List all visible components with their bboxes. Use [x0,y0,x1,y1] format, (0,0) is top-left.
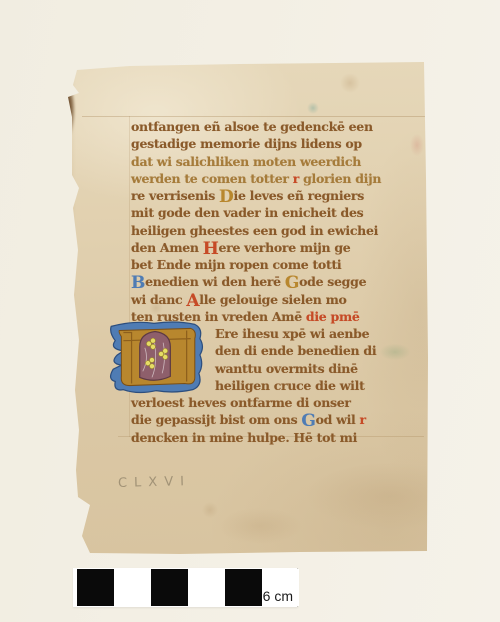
manuscript-text-line: den Amen Here verhore mijn ge [131,239,391,256]
manuscript-text-line: ontfangen eñ alsoe te gedenckē een [131,118,391,135]
manuscript-text-line: die gepassijt bist om ons God wil r [131,411,391,428]
text-segment: verloest heves ontfarme di onser [131,395,351,410]
text-segment: lle gelouige sielen mo [199,292,346,307]
text-segment: wi danc [131,292,186,307]
manuscript-text-line: gestadige memorie dijns lidens op [131,135,391,152]
text-segment: ere verhore mijn ge [219,240,351,255]
gutter-dark-blotch [57,84,75,140]
scale-square-white [188,569,225,606]
manuscript-text-line: wi danc Alle gelouige sielen mo [131,291,391,308]
manuscript-text-line: Ere ihesu xpē wi aenbe [215,325,391,342]
manuscript-text-line: den di ende benedien di [215,342,391,359]
text-segment: den Amen [131,240,203,255]
manuscript-leaf: ontfangen eñ alsoe te gedenckē eengestad… [60,58,430,556]
pencil-inscription: CLXVI [118,474,191,491]
text-segment: wanttu overmits dinē [215,361,358,376]
scale-square-black [225,569,262,606]
torn-gutter-edge [60,58,76,556]
text-segment: gestadige memorie dijns lidens op [131,136,362,151]
text-segment: den di ende benedien di [215,343,376,358]
text-segment: werden te comen totter [131,171,293,186]
text-segment: mit gode den vader in enicheit des [131,205,363,220]
text-segment: die pmē [306,309,360,324]
text-segment: die gepassijt bist om ons [131,412,301,427]
text-segment: heiligen cruce die wilt [215,378,365,393]
ruling-line-top [82,116,426,117]
text-segment: ode segge [299,274,366,289]
text-segment: enedien wi den herē [145,274,285,289]
manuscript-text-line: wanttu overmits dinē [215,360,391,377]
photo-backdrop: ontfangen eñ alsoe te gedenckē eengestad… [0,0,500,622]
manuscript-text-line: dencken in mine hulpe. Hē tot mi [131,429,391,446]
scale-square-black [77,569,114,606]
text-segment: heiligen gheestes een god in ewichei [131,223,378,238]
scale-square-black [151,569,188,606]
text-segment: dat wi salichliken moten weerdich [131,154,361,169]
text-segment: re verrisenis [131,188,219,203]
text-segment: Ere ihesu xpē wi aenbe [215,326,369,341]
manuscript-text-line: werden te comen totter r glorien dijn [131,170,391,187]
text-segment: ie leves eñ regniers [234,188,364,203]
text-segment: ontfangen eñ alsoe te gedenckē een [131,119,373,134]
manuscript-text-line: re verrisenis Die leves eñ regniers [131,187,391,204]
manuscript-text-line: heiligen cruce die wilt [215,377,391,394]
text-segment: bet Ende mijn ropen come totti [131,257,341,272]
text-segment: od wil [316,412,356,427]
manuscript-text-line: heiligen gheestes een god in ewichei [131,222,391,239]
gutter-speckles [61,153,69,483]
illuminated-initial-H [103,320,205,394]
manuscript-text-line: dat wi salichliken moten weerdich [131,153,391,170]
scale-square-white [114,569,151,606]
scale-label: 6 cm [263,588,293,604]
manuscript-text-line: bet Ende mijn ropen come totti [131,256,391,273]
photo-scale-bar: 6 cm [73,568,298,607]
manuscript-text-line: Benedien wi den herē Gode segge [131,273,391,290]
text-segment: dencken in mine hulpe. Hē tot mi [131,430,357,445]
text-segment: glorien dijn [299,171,381,186]
manuscript-text-line: verloest heves ontfarme di onser [131,394,391,411]
manuscript-text-block: ontfangen eñ alsoe te gedenckē eengestad… [131,118,391,446]
manuscript-text-line: mit gode den vader in enicheit des [131,204,391,221]
text-segment: r [356,412,366,427]
